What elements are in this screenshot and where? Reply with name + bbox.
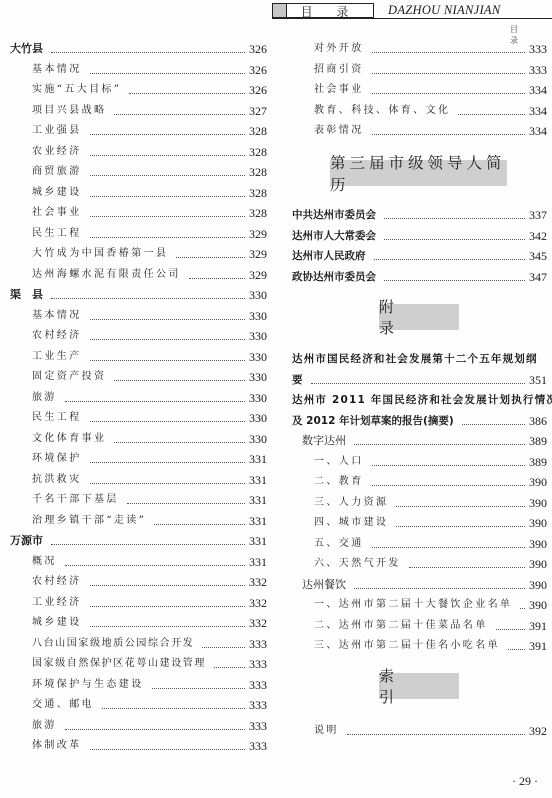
toc-entry-page: 326 <box>249 42 267 56</box>
dot-leader <box>102 707 245 709</box>
dot-leader <box>129 92 245 94</box>
toc-entry[interactable]: 社会事业328 <box>10 204 267 220</box>
toc-entry[interactable]: 农村经济330 <box>10 327 267 343</box>
toc-entry-label: 一、人口 <box>292 455 364 469</box>
toc-entry-page: 337 <box>529 208 547 222</box>
toc-entry[interactable]: 达州市人大常委会342 <box>292 227 547 243</box>
dot-leader <box>90 748 245 750</box>
toc-entry-label: 五、交通 <box>292 537 364 551</box>
dot-leader <box>154 523 245 525</box>
toc-county-heading[interactable]: 渠 县330 <box>10 286 267 302</box>
section-heading-leaders: 第三届市级领导人简历 <box>330 160 507 186</box>
toc-entry[interactable]: 表彰情况334 <box>292 122 547 138</box>
dot-leader <box>372 546 525 548</box>
toc-entry-label: 一、达州市第二届十大餐饮企业名单 <box>292 598 512 612</box>
toc-entry-page: 392 <box>529 724 547 738</box>
toc-entry[interactable]: 达州餐饮390 <box>292 576 547 592</box>
toc-entry-first-line-text: 达州市 2011 年国民经济和社会发展计划执行情况 <box>292 393 552 407</box>
dot-leader <box>90 133 245 135</box>
toc-entry-label: 工业经济 <box>10 596 82 610</box>
dot-leader <box>372 133 525 135</box>
dot-leader <box>90 338 245 340</box>
toc-entry-page: 331 <box>249 473 267 487</box>
dot-leader <box>202 646 245 648</box>
toc-entry[interactable]: 城乡建设332 <box>10 614 267 630</box>
dot-leader <box>311 382 526 384</box>
toc-entry[interactable]: 环境保护331 <box>10 450 267 466</box>
toc-entry-page: 390 <box>529 537 547 551</box>
toc-entry-label: 说明 <box>292 724 339 738</box>
dot-leader <box>127 502 245 504</box>
toc-entry-page: 326 <box>249 63 267 77</box>
toc-entry-page: 329 <box>249 227 267 241</box>
dot-leader <box>51 297 245 299</box>
toc-entry-label: 民生工程 <box>10 411 82 425</box>
toc-entry-page: 389 <box>529 455 547 469</box>
toc-entry[interactable]: 治理乡镇干部“走读”331 <box>10 512 267 528</box>
dot-leader <box>90 154 245 156</box>
toc-entry-label: 达州市人大常委会 <box>292 229 376 243</box>
dot-leader <box>114 441 245 443</box>
toc-entry-label: 农村经济 <box>10 329 82 343</box>
toc-entry[interactable]: 农业经济328 <box>10 143 267 159</box>
toc-entry-label: 环境保护与生态建设 <box>10 678 144 692</box>
toc-entry[interactable]: 民生工程330 <box>10 409 267 425</box>
toc-entry-page: 390 <box>529 475 547 489</box>
toc-entry[interactable]: 八台山国家级地质公园综合开发333 <box>10 635 267 651</box>
toc-entry-page: 334 <box>529 124 547 138</box>
dot-leader <box>372 92 525 94</box>
toc-entry-label: 基本情况 <box>10 309 82 323</box>
toc-entry-page: 332 <box>249 575 267 589</box>
toc-entry[interactable]: 四、城市建设390 <box>292 514 547 530</box>
toc-entry[interactable]: 环境保护与生态建设333 <box>10 676 267 692</box>
toc-entry[interactable]: 民生工程329 <box>10 225 267 241</box>
toc-entry-label: 农业经济 <box>10 145 82 159</box>
toc-entry[interactable]: 教育、科技、体育、文化334 <box>292 102 547 118</box>
dot-leader <box>374 258 526 260</box>
toc-entry-label: 商贸旅游 <box>10 165 82 179</box>
dot-leader <box>384 238 525 240</box>
toc-entry-page: 386 <box>529 414 547 428</box>
toc-entry[interactable]: 五、交通390 <box>292 535 547 551</box>
toc-entry-label: 环境保护 <box>10 452 82 466</box>
dot-leader <box>354 443 525 445</box>
toc-entry-label: 渠 县 <box>10 288 43 302</box>
header-title-box: 目 录 <box>272 3 374 18</box>
toc-entry-page: 330 <box>249 329 267 343</box>
toc-entry-page: 328 <box>249 206 267 220</box>
dot-leader <box>65 564 245 566</box>
toc-entry-first-line: 达州市 2011 年国民经济和社会发展计划执行情况 <box>292 391 547 407</box>
dot-leader <box>214 666 245 668</box>
toc-entry[interactable]: 城乡建设328 <box>10 184 267 200</box>
toc-entry[interactable]: 三、人力资源390 <box>292 494 547 510</box>
toc-entry-first-line-text: 达州市国民经济和社会发展第十二个五年规划纲 <box>292 352 538 366</box>
dot-leader <box>114 379 245 381</box>
toc-entry-page: 334 <box>529 104 547 118</box>
page-number: · 29 · <box>512 774 538 789</box>
toc-entry[interactable]: 招商引资333 <box>292 61 547 77</box>
toc-entry-page: 347 <box>529 270 547 284</box>
toc-entry-label: 大竹成为中国香椿第一县 <box>10 247 168 261</box>
toc-county-heading[interactable]: 万源市331 <box>10 532 267 548</box>
section-heading-index: 索 引 <box>379 673 459 699</box>
dot-leader <box>90 625 245 627</box>
dot-leader <box>90 605 245 607</box>
toc-entry-page: 327 <box>249 104 267 118</box>
section-heading-appendix: 附 录 <box>379 304 459 330</box>
toc-entry-page: 334 <box>529 83 547 97</box>
toc-entry-page: 351 <box>529 373 547 387</box>
toc-entry[interactable]: 二、达州市第二届十佳菜品名单391 <box>292 617 547 633</box>
dot-leader <box>409 566 525 568</box>
toc-entry-label: 国家级自然保护区花萼山建设管理 <box>10 657 206 671</box>
dot-leader <box>90 359 245 361</box>
dot-leader <box>189 277 245 279</box>
toc-entry[interactable]: 项目兴县战略327 <box>10 102 267 118</box>
dot-leader <box>90 584 245 586</box>
toc-entry[interactable]: 政协达州市委员会347 <box>292 268 547 284</box>
dot-leader <box>372 51 525 53</box>
dot-leader <box>51 51 245 53</box>
dot-leader <box>384 279 525 281</box>
toc-entry[interactable]: 一、达州市第二届十大餐饮企业名单390 <box>292 596 547 612</box>
toc-entry-label: 及 2012 年计划草案的报告(摘要) <box>292 414 454 428</box>
toc-entry[interactable]: 基本情况326 <box>10 61 267 77</box>
toc-entry-page: 331 <box>249 452 267 466</box>
dot-leader <box>508 648 525 650</box>
toc-entry-label: 千名干部下基层 <box>10 493 119 507</box>
dot-leader <box>90 72 245 74</box>
toc-entry-page: 326 <box>249 83 267 97</box>
toc-entry[interactable]: 工业强县328 <box>10 122 267 138</box>
toc-entry[interactable]: 工业生产330 <box>10 348 267 364</box>
dot-leader <box>90 236 245 238</box>
toc-entry-page: 330 <box>249 391 267 405</box>
dot-leader <box>51 543 245 545</box>
toc-entry[interactable]: 旅游330 <box>10 389 267 405</box>
toc-entry-page: 331 <box>249 514 267 528</box>
toc-entry-label: 文化体育事业 <box>10 432 106 446</box>
toc-entry-page: 331 <box>249 493 267 507</box>
toc-entry[interactable]: 实施“五大目标”326 <box>10 81 267 97</box>
dot-leader <box>65 400 245 402</box>
toc-entry-page: 390 <box>529 516 547 530</box>
toc-entry-page: 328 <box>249 165 267 179</box>
dot-leader <box>462 423 525 425</box>
toc-entry-page: 332 <box>249 596 267 610</box>
toc-entry[interactable]: 六、天然气开发390 <box>292 555 547 571</box>
toc-entry-label: 旅游 <box>10 719 57 733</box>
toc-entry[interactable]: 对外开放333 <box>292 40 547 56</box>
toc-entry-page: 330 <box>249 370 267 384</box>
toc-entry-page: 333 <box>529 63 547 77</box>
dot-leader <box>90 174 245 176</box>
dot-leader <box>90 318 245 320</box>
toc-entry-page: 391 <box>529 619 547 633</box>
toc-entry[interactable]: 旅游333 <box>10 717 267 733</box>
toc-entry-label: 八台山国家级地质公园综合开发 <box>10 637 194 651</box>
toc-entry-page: 330 <box>249 411 267 425</box>
toc-entry[interactable]: 文化体育事业330 <box>10 430 267 446</box>
toc-entry[interactable]: 二、教育390 <box>292 473 547 489</box>
dot-leader <box>520 607 525 609</box>
dot-leader <box>372 484 525 486</box>
toc-entry-label: 交通、邮电 <box>10 698 94 712</box>
toc-entry-label: 项目兴县战略 <box>10 104 106 118</box>
toc-entry-page: 389 <box>529 434 547 448</box>
toc-entry-label: 达州海螺水泥有限责任公司 <box>10 268 181 282</box>
dot-leader <box>90 420 245 422</box>
header-rule <box>272 18 552 19</box>
toc-entry-page: 390 <box>529 496 547 510</box>
toc-entry-label: 体制改革 <box>10 739 82 753</box>
dot-leader <box>176 256 245 258</box>
dot-leader <box>90 482 245 484</box>
toc-entry-label: 教育、科技、体育、文化 <box>292 104 450 118</box>
toc-entry-label: 六、天然气开发 <box>292 557 401 571</box>
toc-entry[interactable]: 千名干部下基层331 <box>10 491 267 507</box>
dot-leader <box>372 464 525 466</box>
toc-entry-page: 390 <box>529 557 547 571</box>
toc-entry-label: 旅游 <box>10 391 57 405</box>
toc-entry-page: 328 <box>249 145 267 159</box>
toc-entry-page: 329 <box>249 247 267 261</box>
toc-entry[interactable]: 抗洪救灾331 <box>10 471 267 487</box>
toc-entry-page: 328 <box>249 186 267 200</box>
toc-entry[interactable]: 达州海螺水泥有限责任公司329 <box>10 266 267 282</box>
dot-leader <box>372 72 525 74</box>
dot-leader <box>384 217 525 219</box>
toc-entry-page: 390 <box>529 578 547 592</box>
toc-entry[interactable]: 大竹成为中国香椿第一县329 <box>10 245 267 261</box>
toc-entry[interactable]: 交通、邮电333 <box>10 696 267 712</box>
toc-entry-page: 328 <box>249 124 267 138</box>
toc-entry[interactable]: 社会事业334 <box>292 81 547 97</box>
toc-entry-label: 三、人力资源 <box>292 496 388 510</box>
toc-entry[interactable]: 概况331 <box>10 553 267 569</box>
toc-entry-page: 391 <box>529 639 547 653</box>
toc-entry-page: 333 <box>249 678 267 692</box>
dot-leader <box>396 525 525 527</box>
toc-entry-label: 二、达州市第二届十佳菜品名单 <box>292 619 488 633</box>
toc-entry-page: 331 <box>249 555 267 569</box>
dot-leader <box>396 505 525 507</box>
toc-entry-label: 二、教育 <box>292 475 364 489</box>
toc-entry-label: 农村经济 <box>10 575 82 589</box>
toc-entry[interactable]: 国家级自然保护区花萼山建设管理333 <box>10 655 267 671</box>
toc-entry-label: 要 <box>292 373 303 387</box>
dot-leader <box>114 113 245 115</box>
toc-entry-label: 政协达州市委员会 <box>292 270 376 284</box>
toc-entry-label: 达州餐饮 <box>292 578 346 592</box>
toc-entry-label: 对外开放 <box>292 42 364 56</box>
toc-entry-page: 333 <box>249 739 267 753</box>
dot-leader <box>90 215 245 217</box>
dot-leader <box>65 728 245 730</box>
header-gray-block <box>273 4 287 17</box>
toc-entry-page: 332 <box>249 616 267 630</box>
toc-entry-label: 三、达州市第二届十佳名小吃名单 <box>292 639 500 653</box>
dot-leader <box>354 587 525 589</box>
toc-entry-page: 329 <box>249 268 267 282</box>
toc-entry[interactable]: 体制改革333 <box>10 737 267 753</box>
toc-entry-page: 345 <box>529 249 547 263</box>
toc-entry-page: 342 <box>529 229 547 243</box>
toc-entry-label: 抗洪救灾 <box>10 473 82 487</box>
toc-entry-label: 固定资产投资 <box>10 370 106 384</box>
toc-entry-first-line: 达州市国民经济和社会发展第十二个五年规划纲 <box>292 350 547 366</box>
dot-leader <box>152 687 245 689</box>
toc-entry-label: 基本情况 <box>10 63 82 77</box>
dot-leader <box>347 733 525 735</box>
toc-entry[interactable]: 中共达州市委员会337 <box>292 206 547 222</box>
toc-entry-page: 330 <box>249 288 267 302</box>
toc-entry-label: 实施“五大目标” <box>10 83 121 97</box>
dot-leader <box>458 113 525 115</box>
toc-entry-label: 四、城市建设 <box>292 516 388 530</box>
toc-entry-label: 数字达州 <box>292 434 346 448</box>
toc-entry[interactable]: 要351 <box>292 371 547 387</box>
toc-entry-label: 万源市 <box>10 534 43 548</box>
dot-leader <box>90 461 245 463</box>
toc-entry-label: 表彰情况 <box>292 124 364 138</box>
toc-entry-page: 390 <box>529 598 547 612</box>
toc-entry[interactable]: 一、人口389 <box>292 453 547 469</box>
toc-entry-page: 333 <box>249 657 267 671</box>
toc-entry[interactable]: 三、达州市第二届十佳名小吃名单391 <box>292 637 547 653</box>
toc-county-heading[interactable]: 大竹县326 <box>10 40 267 56</box>
toc-entry-page: 330 <box>249 350 267 364</box>
header-english-title: DAZHOU NIANJIAN <box>388 3 500 18</box>
toc-entry-label: 工业强县 <box>10 124 82 138</box>
toc-entry-page: 333 <box>249 698 267 712</box>
toc-entry-label: 社会事业 <box>292 83 364 97</box>
toc-entry[interactable]: 达州市人民政府345 <box>292 247 547 263</box>
toc-entry-label: 概况 <box>10 555 57 569</box>
toc-entry[interactable]: 固定资产投资330 <box>10 368 267 384</box>
toc-entry[interactable]: 基本情况330 <box>10 307 267 323</box>
toc-entry-page: 333 <box>249 719 267 733</box>
toc-entry-label: 社会事业 <box>10 206 82 220</box>
dot-leader <box>496 628 525 630</box>
toc-entry[interactable]: 农村经济332 <box>10 573 267 589</box>
toc-entry-label: 治理乡镇干部“走读” <box>10 514 146 528</box>
toc-entry-label: 招商引资 <box>292 63 364 77</box>
toc-entry-label: 城乡建设 <box>10 186 82 200</box>
toc-entry-page: 331 <box>249 534 267 548</box>
toc-entry-label: 工业生产 <box>10 350 82 364</box>
toc-entry[interactable]: 数字达州389 <box>292 432 547 448</box>
toc-entry-label: 中共达州市委员会 <box>292 208 376 222</box>
toc-entry-page: 333 <box>529 42 547 56</box>
dot-leader <box>90 195 245 197</box>
toc-entry-page: 330 <box>249 309 267 323</box>
toc-entry-page: 330 <box>249 432 267 446</box>
toc-entry-page: 333 <box>249 637 267 651</box>
toc-entry-label: 城乡建设 <box>10 616 82 630</box>
toc-entry[interactable]: 工业经济332 <box>10 594 267 610</box>
toc-entry-label: 达州市人民政府 <box>292 249 366 263</box>
toc-entry-label: 民生工程 <box>10 227 82 241</box>
toc-entry[interactable]: 商贸旅游328 <box>10 163 267 179</box>
toc-entry-label: 大竹县 <box>10 42 43 56</box>
toc-entry[interactable]: 及 2012 年计划草案的报告(摘要)386 <box>292 412 547 428</box>
toc-entry[interactable]: 说明392 <box>292 722 547 738</box>
